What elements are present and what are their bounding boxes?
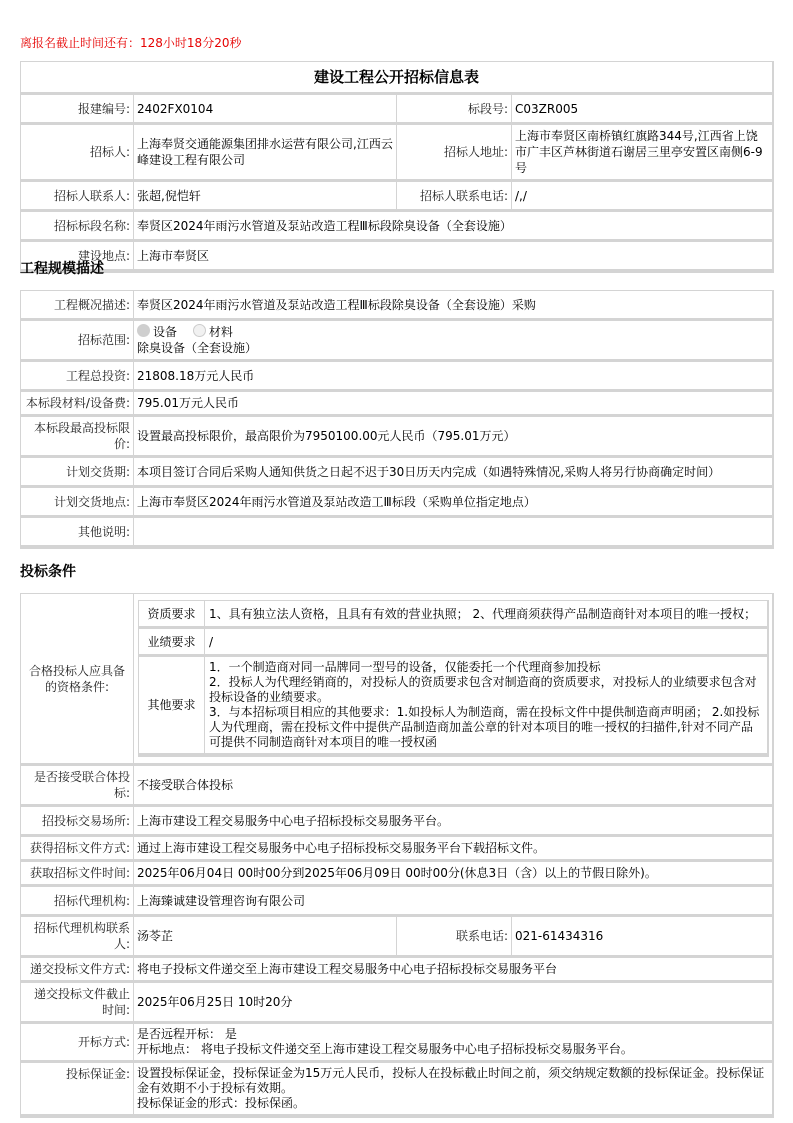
countdown-value: 128小时18分20秒 (140, 36, 241, 50)
label-project-no: 报建编号: (21, 95, 134, 125)
value-agency: 上海臻诚建设管理咨询有限公司 (134, 887, 773, 917)
page-title: 建设工程公开招标信息表 (21, 62, 773, 95)
value-submit-method: 将电子投标文件递交至上海市建设工程交易服务中心电子招标投标交易服务平台 (134, 958, 773, 983)
label-delivery-period: 计划交货期: (21, 458, 134, 488)
radio-material-label: 材料 (209, 325, 233, 339)
other-req-line: 3．与本招标项目相应的其他要求：1.如投标人为制造商，需在投标文件中提供制造商声… (209, 705, 763, 750)
value-tenderer: 上海奉贤交通能源集团排水运营有限公司,江西云峰建设工程有限公司 (134, 125, 397, 182)
radio-equipment[interactable] (137, 324, 150, 337)
qualification-subtable: 资质要求 1、具有独立法人资格，且具有有效的营业执照； 2、代理商须获得产品制造… (138, 600, 769, 757)
bid-info-table: 建设工程公开招标信息表 报建编号: 2402FX0104 标段号: C03ZR0… (20, 61, 774, 273)
value-agency-contact: 汤苓芷 (134, 917, 397, 958)
value-scope: 设备 材料 除臭设备（全套设施） (134, 321, 773, 362)
opening-line: 是否远程开标： 是 (137, 1027, 769, 1042)
scale-table: 工程概况描述: 奉贤区2024年雨污水管道及泵站改造工程Ⅲ标段除臭设备（全套设施… (20, 290, 774, 549)
label-opening: 开标方式: (21, 1024, 134, 1063)
value-delivery-period: 本项目签订合同后采购人通知供货之日起不迟于30日历天内完成（如遇特殊情况,采购人… (134, 458, 773, 488)
bid-info-table-wrap: 建设工程公开招标信息表 报建编号: 2402FX0104 标段号: C03ZR0… (20, 61, 774, 273)
value-total-invest: 21808.18万元人民币 (134, 362, 773, 392)
value-tenderer-address: 上海市奉贤区南桥镇红旗路344号,江西省上饶市广丰区芦林街道石谢居三里亭安置区南… (512, 125, 773, 182)
label-venue: 招投标交易场所: (21, 807, 134, 837)
label-deadline: 递交投标文件截止时间: (21, 983, 134, 1024)
radio-equipment-label: 设备 (153, 325, 177, 339)
value-deadline: 2025年06月25日 10时20分 (134, 983, 773, 1024)
label-other-req: 其他要求 (139, 657, 205, 756)
value-section-no: C03ZR005 (512, 95, 773, 125)
label-consortium: 是否接受联合体投标: (21, 766, 134, 807)
label-section-name: 招标标段名称: (21, 212, 134, 242)
label-agency-phone: 联系电话: (397, 917, 512, 958)
value-opening: 是否远程开标： 是 开标地点： 将电子投标文件递交至上海市建设工程交易服务中心电… (134, 1024, 773, 1063)
value-location: 上海市奉贤区 (134, 242, 773, 272)
value-other-req: 1．一个制造商对同一品牌同一型号的设备，仅能委托一个代理商参加投标 2．投标人为… (205, 657, 768, 756)
countdown-label: 离报名截止时间还有： (20, 36, 140, 50)
section-heading-conditions: 投标条件 (20, 561, 76, 581)
label-tenderer-contact: 招标人联系人: (21, 182, 134, 212)
label-perf-req: 业绩要求 (139, 629, 205, 657)
label-obtain-method: 获得招标文件方式: (21, 837, 134, 862)
label-other: 其他说明: (21, 518, 134, 548)
label-agency: 招标代理机构: (21, 887, 134, 917)
other-req-line: 1．一个制造商对同一品牌同一型号的设备，仅能委托一个代理商参加投标 (209, 660, 763, 675)
label-bond: 投标保证金: (21, 1063, 134, 1117)
registration-countdown: 离报名截止时间还有：128小时18分20秒 (20, 34, 241, 51)
label-qualification: 合格投标人应具备的资格条件: (21, 594, 134, 766)
value-agency-phone: 021-61434316 (512, 917, 773, 958)
value-consortium: 不接受联合体投标 (134, 766, 773, 807)
value-other (134, 518, 773, 548)
scale-table-wrap: 工程概况描述: 奉贤区2024年雨污水管道及泵站改造工程Ⅲ标段除臭设备（全套设施… (20, 290, 774, 549)
value-venue: 上海市建设工程交易服务中心电子招标投标交易服务平台。 (134, 807, 773, 837)
label-agency-contact: 招标代理机构联系人: (21, 917, 134, 958)
opening-line: 开标地点： 将电子投标文件递交至上海市建设工程交易服务中心电子招标投标交易服务平… (137, 1042, 769, 1057)
value-max-price: 设置最高投标限价，最高限价为7950100.00元人民币（795.01万元） (134, 417, 773, 458)
value-material-fee: 795.01万元人民币 (134, 392, 773, 417)
label-tenderer-phone: 招标人联系电话: (397, 182, 512, 212)
label-scope: 招标范围: (21, 321, 134, 362)
label-max-price: 本标段最高投标限价: (21, 417, 134, 458)
label-total-invest: 工程总投资: (21, 362, 134, 392)
scope-text: 除臭设备（全套设施） (137, 340, 769, 356)
radio-material[interactable] (193, 324, 206, 337)
value-tenderer-contact: 张超,倪恺轩 (134, 182, 397, 212)
label-qual-req: 资质要求 (139, 601, 205, 629)
value-qual-req: 1、具有独立法人资格，且具有有效的营业执照； 2、代理商须获得产品制造商针对本项… (205, 601, 768, 629)
bond-line: 设置投标保证金，投标保证金为15万元人民币，投标人在投标截止时间之前，须交纳规定… (137, 1066, 769, 1096)
value-qualification: 资质要求 1、具有独立法人资格，且具有有效的营业执照； 2、代理商须获得产品制造… (134, 594, 773, 766)
value-obtain-time: 2025年06月04日 00时00分到2025年06月09日 00时00分(休息… (134, 862, 773, 887)
label-tenderer-address: 招标人地址: (397, 125, 512, 182)
value-overview: 奉贤区2024年雨污水管道及泵站改造工程Ⅲ标段除臭设备（全套设施）采购 (134, 291, 773, 321)
label-section-no: 标段号: (397, 95, 512, 125)
bond-line: 投标保证金的形式：投标保函。 (137, 1096, 769, 1111)
conditions-table-wrap: 合格投标人应具备的资格条件: 资质要求 1、具有独立法人资格，且具有有效的营业执… (20, 593, 774, 1118)
label-tenderer: 招标人: (21, 125, 134, 182)
label-material-fee: 本标段材料/设备费: (21, 392, 134, 417)
conditions-table: 合格投标人应具备的资格条件: 资质要求 1、具有独立法人资格，且具有有效的营业执… (20, 593, 774, 1118)
other-req-line: 2．投标人为代理经销商的，对投标人的资质要求包含对制造商的资质要求，对投标人的业… (209, 675, 763, 705)
value-project-no: 2402FX0104 (134, 95, 397, 125)
value-perf-req: / (205, 629, 768, 657)
value-delivery-place: 上海市奉贤区2024年雨污水管道及泵站改造工Ⅲ标段（采购单位指定地点） (134, 488, 773, 518)
label-obtain-time: 获取招标文件时间: (21, 862, 134, 887)
value-bond: 设置投标保证金，投标保证金为15万元人民币，投标人在投标截止时间之前，须交纳规定… (134, 1063, 773, 1117)
section-heading-scale: 工程规模描述 (20, 258, 104, 278)
label-overview: 工程概况描述: (21, 291, 134, 321)
label-submit-method: 递交投标文件方式: (21, 958, 134, 983)
value-section-name: 奉贤区2024年雨污水管道及泵站改造工程Ⅲ标段除臭设备（全套设施） (134, 212, 773, 242)
label-delivery-place: 计划交货地点: (21, 488, 134, 518)
value-obtain-method: 通过上海市建设工程交易服务中心电子招标投标交易服务平台下载招标文件。 (134, 837, 773, 862)
value-tenderer-phone: /,/ (512, 182, 773, 212)
